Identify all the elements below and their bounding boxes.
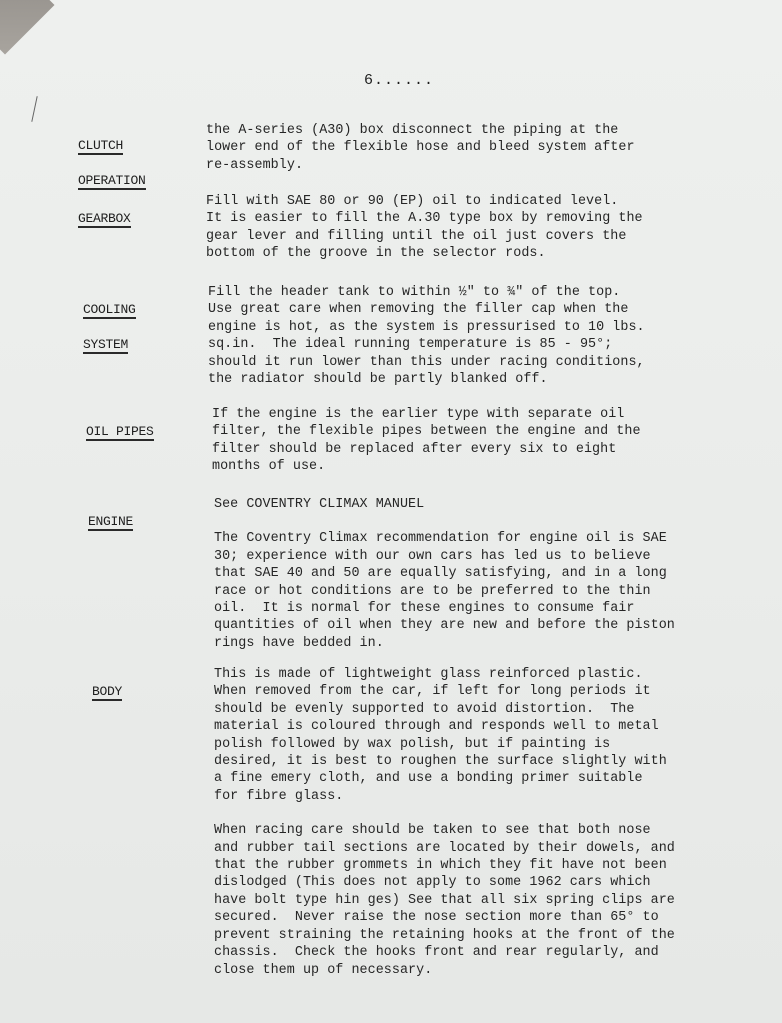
page-number: 6...... [364, 72, 434, 89]
paragraph: The Coventry Climax recommendation for e… [214, 530, 734, 652]
text-line: The Coventry Climax recommendation for e… [214, 530, 734, 547]
text-line: the A-series (A30) box disconnect the pi… [206, 122, 726, 139]
section-label: BODY [92, 665, 122, 700]
text-line: When removed from the car, if left for l… [214, 683, 734, 700]
text-line: re-assembly. [206, 157, 726, 174]
text-line: material is coloured through and respond… [214, 718, 734, 735]
text-line: and rubber tail sections are located by … [214, 840, 734, 857]
section-body: Fill the header tank to within ½" to ¾" … [208, 284, 728, 388]
text-line: oil. It is normal for these engines to c… [214, 600, 734, 617]
label-line: OPERATION [78, 173, 146, 190]
text-line: It is easier to fill the A.30 type box b… [206, 210, 726, 227]
label-line: CLUTCH [78, 138, 123, 155]
text-line: prevent straining the retaining hooks at… [214, 927, 734, 944]
section-label: OIL PIPES [86, 405, 154, 440]
label-line: GEARBOX [78, 211, 131, 228]
label-line: BODY [92, 684, 122, 701]
section-body: This is made of lightweight glass reinfo… [214, 666, 734, 979]
paragraph: Fill the header tank to within ½" to ¾" … [208, 284, 728, 388]
text-line: lower end of the flexible hose and bleed… [206, 139, 726, 156]
text-line: that SAE 40 and 50 are equally satisfyin… [214, 565, 734, 582]
section-label: GEARBOX [78, 192, 131, 227]
text-line: close them up of necessary. [214, 962, 734, 979]
text-line: See COVENTRY CLIMAX MANUEL [214, 496, 734, 513]
text-line: chassis. Check the hooks front and rear … [214, 944, 734, 961]
section-label: CLUTCH OPERATION [78, 119, 146, 189]
text-line: desired, it is best to roughen the surfa… [214, 753, 734, 770]
text-line: race or hot conditions are to be preferr… [214, 583, 734, 600]
text-line: rings have bedded in. [214, 635, 734, 652]
text-line: quantities of oil when they are new and … [214, 617, 734, 634]
text-line: engine is hot, as the system is pressuri… [208, 319, 728, 336]
text-line: the radiator should be partly blanked of… [208, 371, 728, 388]
text-line: polish followed by wax polish, but if pa… [214, 736, 734, 753]
text-line: dislodged (This does not apply to some 1… [214, 874, 734, 891]
section-body: See COVENTRY CLIMAX MANUEL The Coventry … [214, 496, 734, 652]
text-line: months of use. [212, 458, 732, 475]
text-line: If the engine is the earlier type with s… [212, 406, 732, 423]
text-line: When racing care should be taken to see … [214, 822, 734, 839]
section-body: Fill with SAE 80 or 90 (EP) oil to indic… [206, 193, 726, 263]
label-line: OIL PIPES [86, 424, 154, 441]
text-line: Use great care when removing the filler … [208, 301, 728, 318]
text-line: that the rubber grommets in which they f… [214, 857, 734, 874]
text-line: a fine emery cloth, and use a bonding pr… [214, 770, 734, 787]
text-line: should be evenly supported to avoid dist… [214, 701, 734, 718]
section-body: the A-series (A30) box disconnect the pi… [206, 122, 726, 174]
paragraph: This is made of lightweight glass reinfo… [214, 666, 734, 805]
text-line: bottom of the groove in the selector rod… [206, 245, 726, 262]
paragraph: the A-series (A30) box disconnect the pi… [206, 122, 726, 174]
page-corner-background [0, 0, 54, 54]
label-line: SYSTEM [83, 337, 128, 354]
paragraph: If the engine is the earlier type with s… [212, 406, 732, 476]
text-line: 30; experience with our own cars has led… [214, 548, 734, 565]
text-line: sq.in. The ideal running temperature is … [208, 336, 728, 353]
text-line: This is made of lightweight glass reinfo… [214, 666, 734, 683]
text-line: Fill the header tank to within ½" to ¾" … [208, 284, 728, 301]
text-line: Fill with SAE 80 or 90 (EP) oil to indic… [206, 193, 726, 210]
text-line: gear lever and filling until the oil jus… [206, 228, 726, 245]
text-line: for fibre glass. [214, 788, 734, 805]
paragraph: When racing care should be taken to see … [214, 822, 734, 979]
text-line: filter, the flexible pipes between the e… [212, 423, 732, 440]
paragraph: Fill with SAE 80 or 90 (EP) oil to indic… [206, 193, 726, 263]
label-line: COOLING [83, 302, 136, 319]
paragraph: See COVENTRY CLIMAX MANUEL [214, 496, 734, 513]
section-label: ENGINE [88, 495, 133, 530]
text-line: secured. Never raise the nose section mo… [214, 909, 734, 926]
text-line: have bolt type hin ges) See that all six… [214, 892, 734, 909]
pen-mark [31, 96, 37, 122]
label-line: ENGINE [88, 514, 133, 531]
text-line: filter should be replaced after every si… [212, 441, 732, 458]
section-label: COOLING SYSTEM [83, 283, 136, 353]
text-line: should it run lower than this under raci… [208, 354, 728, 371]
section-body: If the engine is the earlier type with s… [212, 406, 732, 476]
